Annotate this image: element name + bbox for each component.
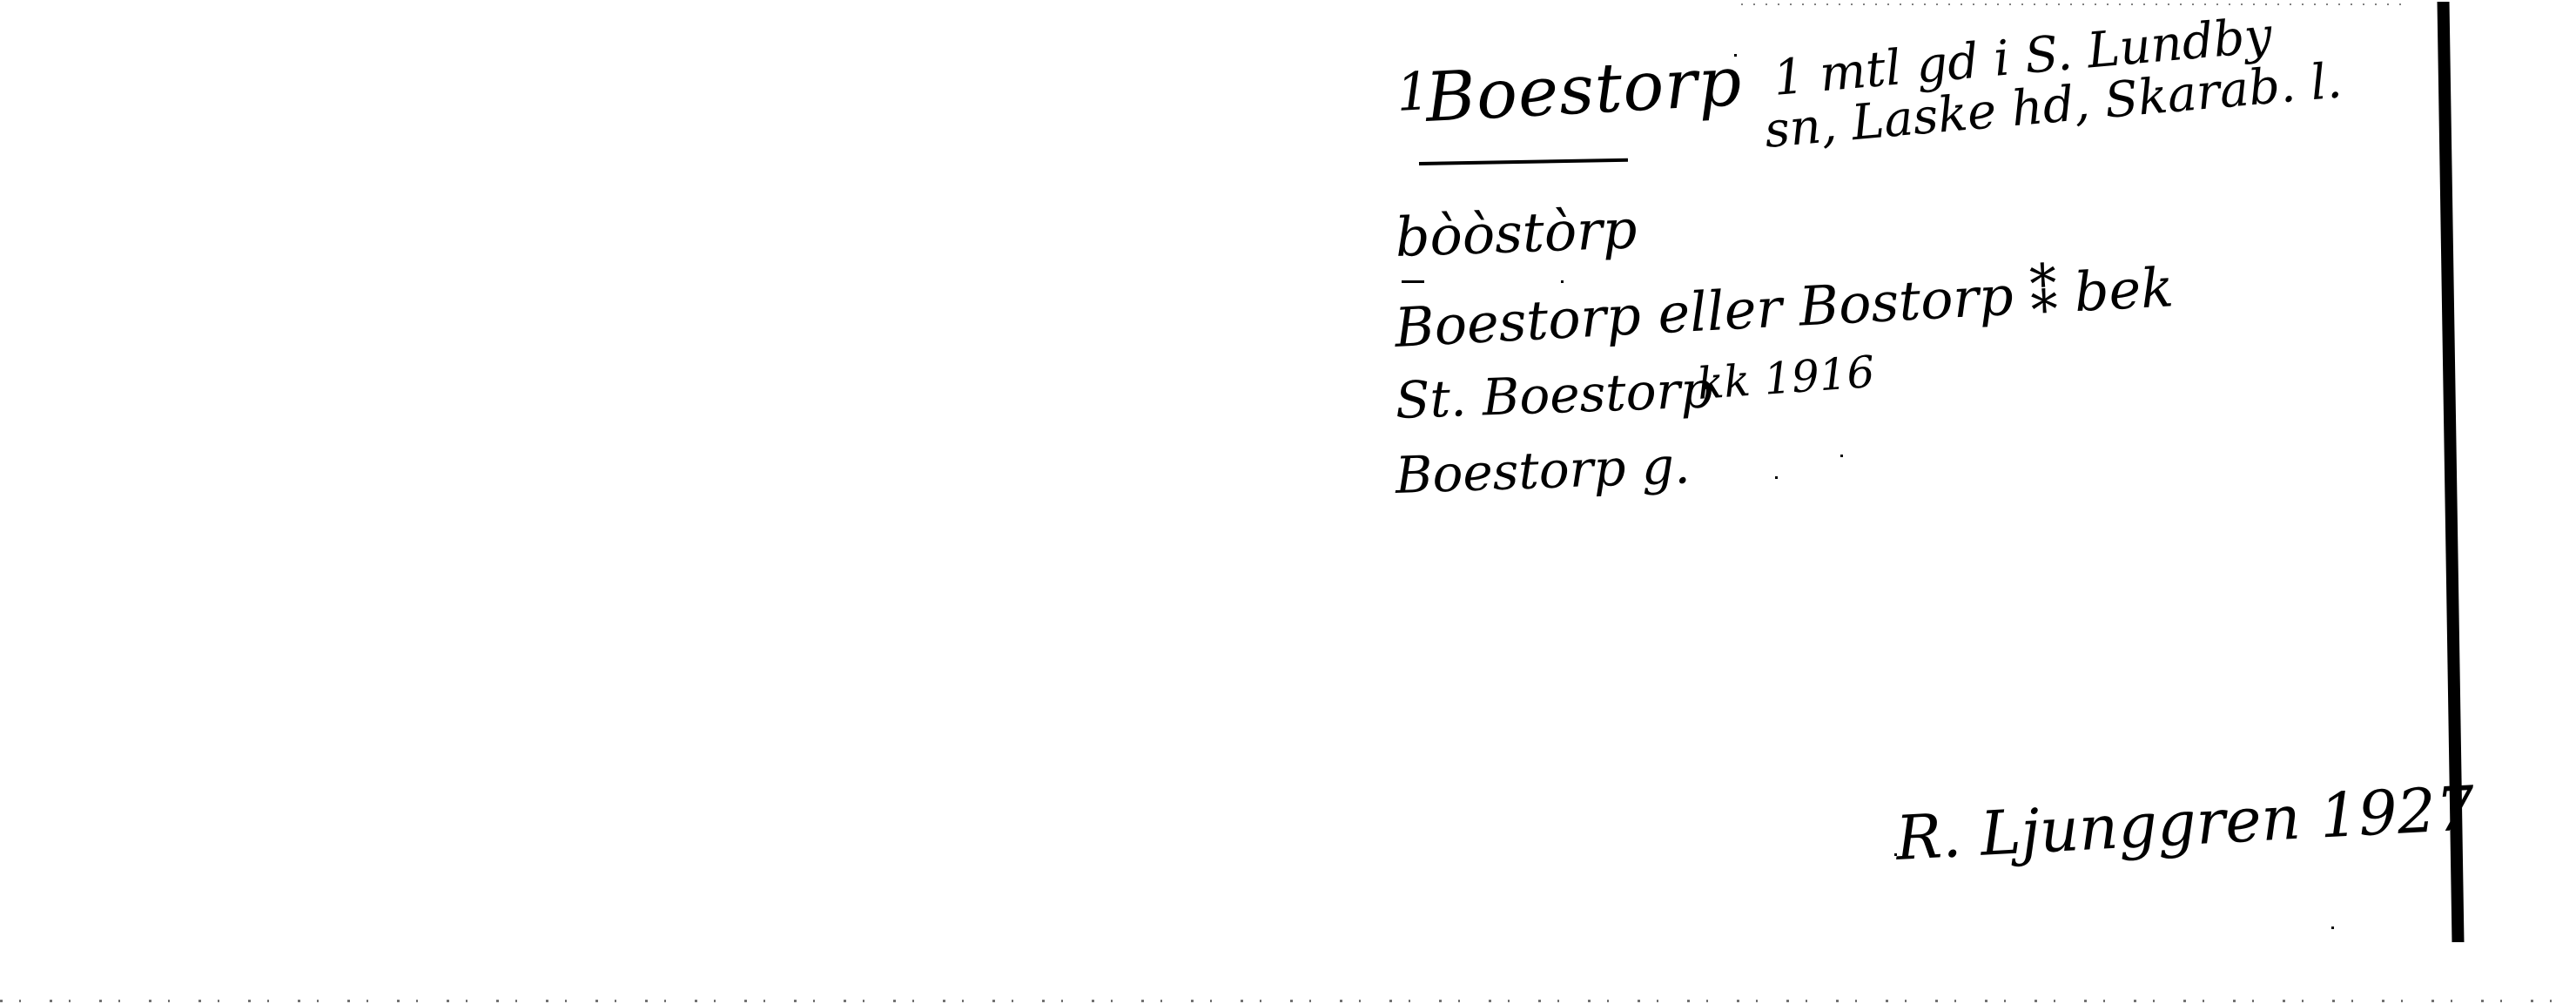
variant-line-2: Boestorp g. — [1395, 435, 1692, 505]
scan-noise-bottom — [0, 1000, 2576, 1002]
source-line-name: St. Boestorp — [1395, 360, 1714, 430]
headword: Boestorp — [1423, 43, 1744, 138]
scan-speck — [1840, 455, 1843, 457]
source-line-ref: kk 1916 — [1696, 347, 1876, 409]
headword-underline — [1419, 158, 1628, 165]
scan-speck — [1775, 476, 1778, 479]
scan-speck — [2331, 927, 2334, 929]
scan-speck — [1734, 54, 1737, 57]
pronunciation-underline-mark — [1402, 280, 1424, 283]
pronunciation: bòòstòrp — [1394, 197, 1638, 269]
signature: R. Ljunggren 1927 — [1894, 772, 2477, 874]
scan-speck — [1561, 280, 1564, 283]
scan-speck — [1894, 853, 1897, 856]
variant-line: Boestorp eller Bostorp ⁑ bek — [1393, 255, 2175, 360]
scan-noise-top — [1741, 3, 2403, 5]
index-card: 1 Boestorp 1 mtl gd i S. Lundby sn, Lask… — [0, 0, 2576, 1004]
